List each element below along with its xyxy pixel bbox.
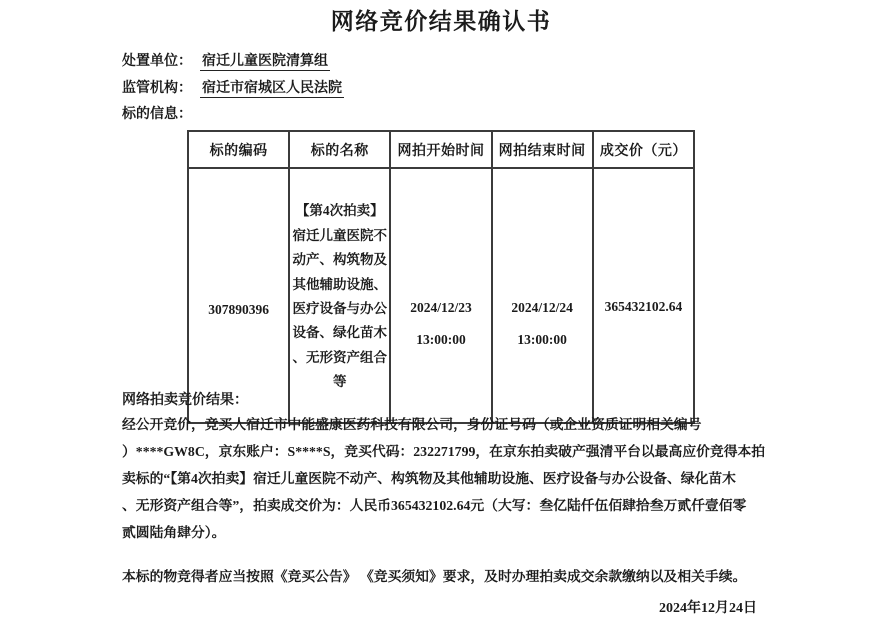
target-info-label: 标的信息： xyxy=(122,103,192,123)
auction-end-date: 2024/12/24 xyxy=(493,292,592,324)
cell-auction-end: 2024/12/24 13:00:00 xyxy=(492,168,593,423)
disposal-unit-label: 处置单位： xyxy=(122,54,192,69)
header-auction-end: 网拍结束时间 xyxy=(492,131,593,168)
auction-end-time: 13:00:00 xyxy=(493,324,592,356)
cell-auction-start: 2024/12/23 13:00:00 xyxy=(390,168,491,423)
auction-start-date: 2024/12/23 xyxy=(391,292,490,324)
supervisor-value: 宿迁市宿城区人民法院 xyxy=(200,81,344,98)
auction-start-time: 13:00:00 xyxy=(391,324,490,356)
cell-deal-price: 365432102.64 xyxy=(593,168,694,423)
supervisor-row: 监管机构：宿迁市宿城区人民法院 xyxy=(122,77,344,97)
disposal-unit-value: 宿迁儿童医院清算组 xyxy=(200,54,330,71)
result-heading: 网络拍卖竞价结果： xyxy=(122,389,248,409)
notice-text: 本标的物竞得者应当按照《竞买公告》 《竞买须知》要求，及时办理拍卖成交余款缴纳以… xyxy=(122,565,746,585)
header-deal-price: 成交价（元） xyxy=(593,131,694,168)
document-title: 网络竞价结果确认书 xyxy=(0,3,882,36)
header-target-name: 标的名称 xyxy=(289,131,390,168)
header-auction-start: 网拍开始时间 xyxy=(390,131,491,168)
disposal-unit-row: 处置单位：宿迁儿童医院清算组 xyxy=(122,50,330,70)
document-date: 2024年12月24日 xyxy=(0,597,757,617)
cell-target-code: 307890396 xyxy=(188,168,289,423)
table-row: 307890396 【第4次拍卖】 宿迁儿童医院不 动产、构筑物及 其他辅助设施… xyxy=(188,168,694,423)
table-header-row: 标的编码 标的名称 网拍开始时间 网拍结束时间 成交价（元） xyxy=(188,131,694,168)
document-page: 网络竞价结果确认书 处置单位：宿迁儿童医院清算组 监管机构：宿迁市宿城区人民法院… xyxy=(0,0,882,624)
supervisor-label: 监管机构： xyxy=(122,81,192,96)
header-target-code: 标的编码 xyxy=(188,131,289,168)
cell-target-name: 【第4次拍卖】 宿迁儿童医院不 动产、构筑物及 其他辅助设施、 医疗设备与办公 … xyxy=(289,168,390,423)
auction-result-table: 标的编码 标的名称 网拍开始时间 网拍结束时间 成交价（元） 307890396… xyxy=(187,130,695,424)
result-paragraph: 经公开竞价，竞买人宿迁市中能盛康医药科技有限公司，身份证号码（或企业资质证明相关… xyxy=(122,411,765,546)
